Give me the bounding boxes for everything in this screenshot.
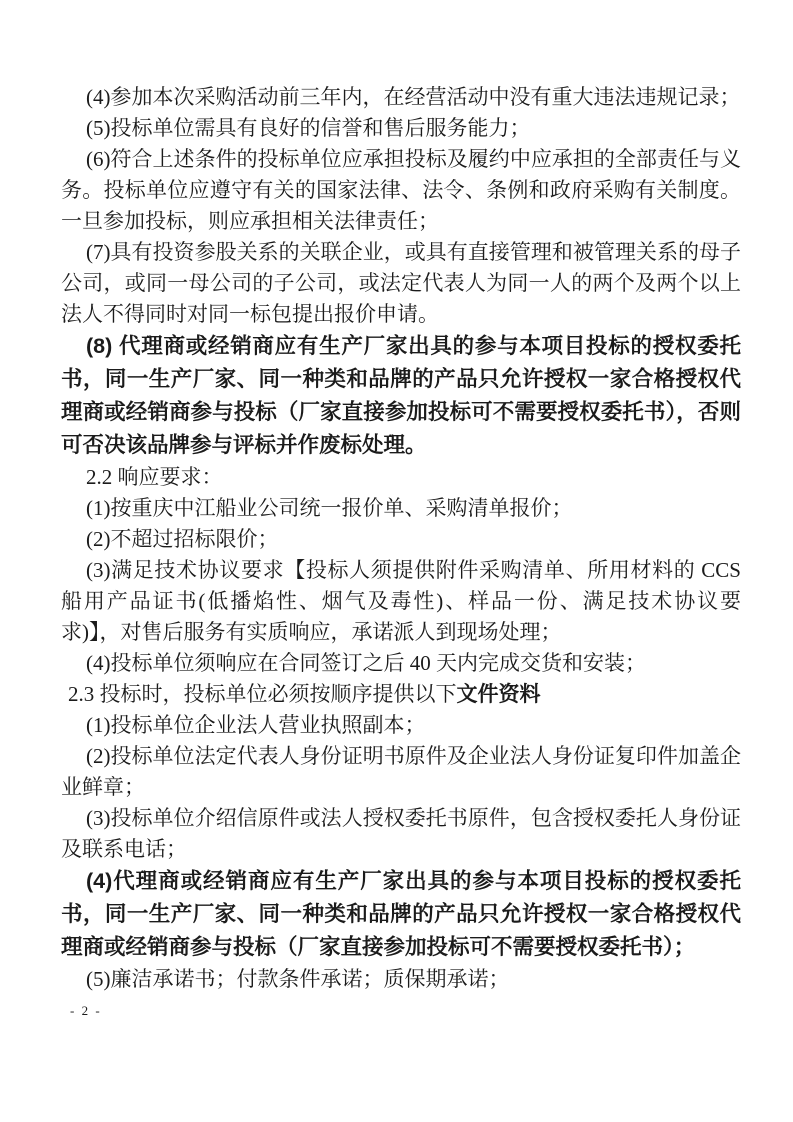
document-body: (4)参加本次采购活动前三年内，在经营活动中没有重大违法违规记录； (5)投标单… <box>61 82 741 995</box>
clause-2-2-3: (3)满足技术协议要求【投标人须提供附件采购清单、所用材料的 CCS 船用产品证… <box>61 555 741 648</box>
heading-2-3-bold-text: 文件资料 <box>457 683 541 706</box>
clause-2-2-1: (1)按重庆中江船业公司统一报价单、采购清单报价； <box>61 493 741 524</box>
clause-1-6: (6)符合上述条件的投标单位应承担投标及履约中应承担的全部责任与义务。投标单位应… <box>61 144 741 237</box>
heading-2-3-text: 2.3 投标时，投标单位必须按顺序提供以下 <box>68 682 457 706</box>
clause-2-3-1: (1)投标单位企业法人营业执照副本； <box>61 710 741 741</box>
clause-2-3-3: (3)投标单位介绍信原件或法人授权委托书原件，包含授权委托人身份证及联系电话； <box>61 803 741 865</box>
clause-1-8: (8) 代理商或经销商应有生产厂家出具的参与本项目投标的授权委托书，同一生产厂家… <box>61 330 741 462</box>
clause-1-4: (4)参加本次采购活动前三年内，在经营活动中没有重大违法违规记录； <box>61 82 741 113</box>
clause-1-5: (5)投标单位需具有良好的信誉和售后服务能力； <box>61 113 741 144</box>
page-number: - 2 - <box>70 1003 102 1019</box>
clause-2-2-4: (4)投标单位须响应在合同签订之后 40 天内完成交货和安装； <box>61 648 741 679</box>
clause-1-7: (7)具有投资参股关系的关联企业，或具有直接管理和被管理关系的母子公司，或同一母… <box>61 237 741 330</box>
heading-2-3: 2.3 投标时，投标单位必须按顺序提供以下文件资料 <box>61 679 741 710</box>
clause-2-3-5: (5)廉洁承诺书；付款条件承诺；质保期承诺； <box>61 964 741 995</box>
clause-2-3-2: (2)投标单位法定代表人身份证明书原件及企业法人身份证复印件加盖企业鲜章； <box>61 741 741 803</box>
document-page: (4)参加本次采购活动前三年内，在经营活动中没有重大违法违规记录； (5)投标单… <box>0 0 793 1122</box>
clause-2-2-2: (2)不超过招标限价； <box>61 524 741 555</box>
clause-2-3-4: (4)代理商或经销商应有生产厂家出具的参与本项目投标的授权委托书，同一生产厂家、… <box>61 865 741 964</box>
heading-2-2: 2.2 响应要求： <box>61 462 741 493</box>
